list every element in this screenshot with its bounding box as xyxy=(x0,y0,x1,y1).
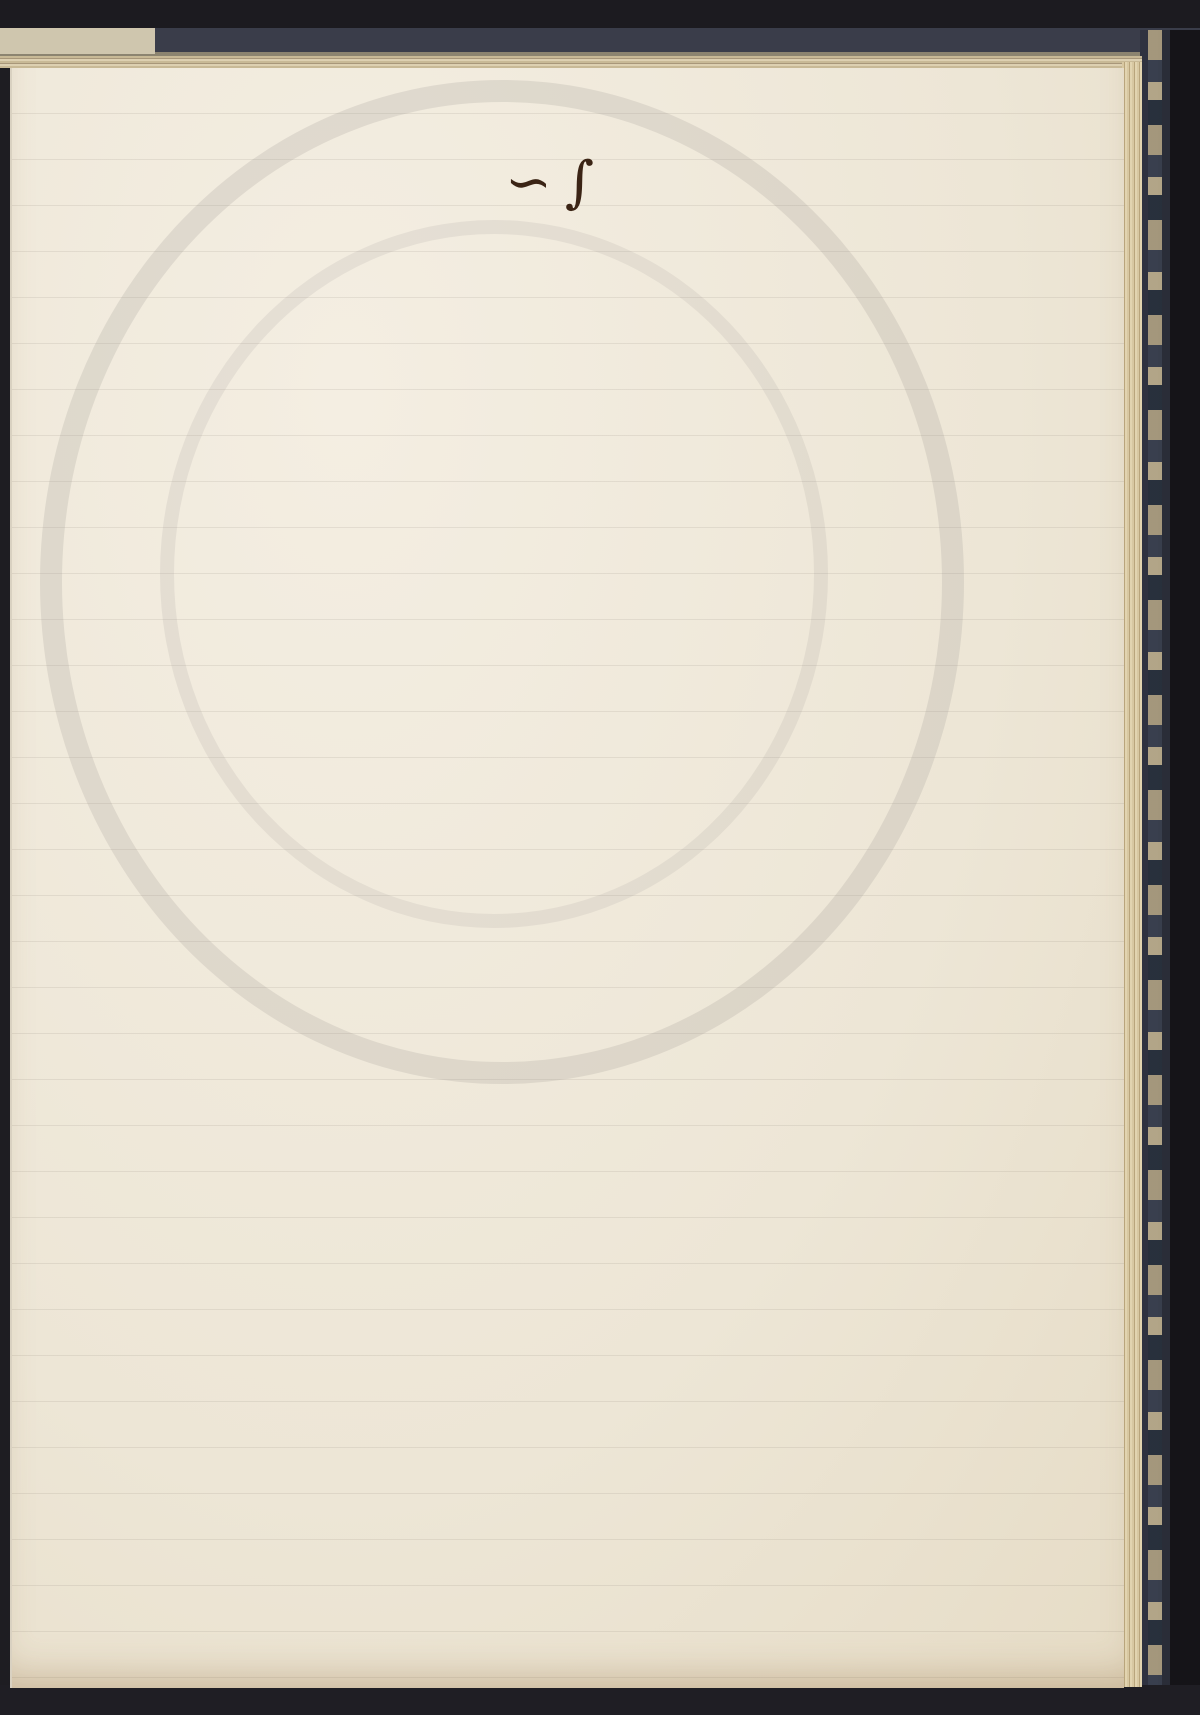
flourish-left-icon: ∽ xyxy=(505,150,553,215)
entry1-names xyxy=(22,1235,1072,1259)
book-cover-bottom xyxy=(0,1685,1200,1715)
cover-frayed-edge xyxy=(1148,30,1162,1715)
book-cover-right xyxy=(1140,30,1200,1715)
flourish-right-icon: ∫ xyxy=(565,150,595,215)
page-stack-right-edge xyxy=(1122,62,1142,1687)
entry1-title: ∽ ∫ xyxy=(270,150,830,215)
book-cover-top xyxy=(0,0,1200,60)
page-stack-top-edge xyxy=(0,56,1142,68)
manuscript-page xyxy=(10,68,1124,1688)
cover-tape xyxy=(0,28,155,54)
